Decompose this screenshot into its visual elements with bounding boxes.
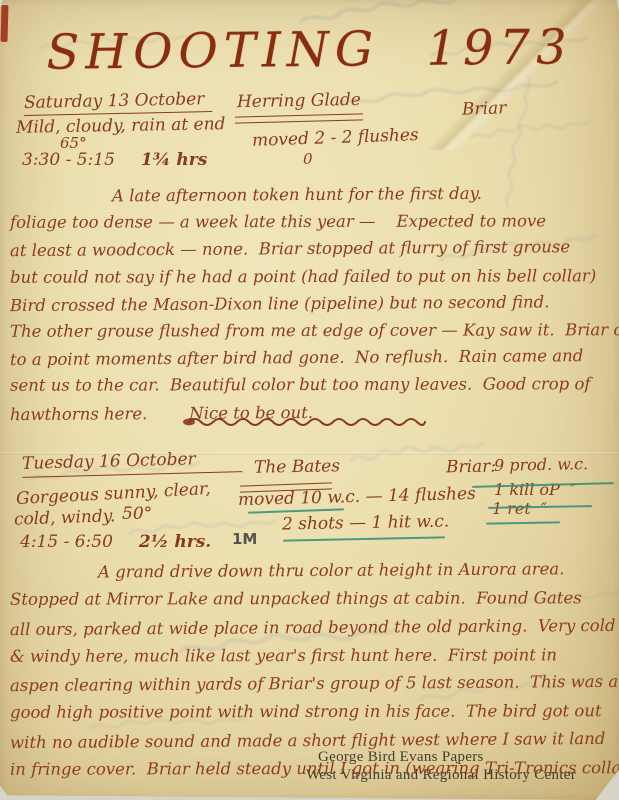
- journal-line: all ours, parked at wide place in road b…: [10, 611, 616, 644]
- journal-line: The other grouse flushed from me at edge…: [10, 316, 614, 345]
- journal-line: in fringe cover. Briar held steady until…: [10, 754, 616, 784]
- entry2-weather-note2: cold, windy.: [14, 507, 116, 529]
- journal-line: hawthorns here. Nice to be out.: [10, 396, 614, 427]
- entry1-location-name: Herring Glade: [237, 91, 361, 112]
- journal-line: & windy here, much like last year's firs…: [10, 641, 616, 671]
- entry2-dog-stat-line: 1 ret ″: [492, 500, 547, 518]
- entry1-times: 3:30 - 5:15: [22, 150, 115, 170]
- journal-line: at least a woodcock — none. Briar stoppe…: [10, 233, 614, 264]
- entry1-weather-note: Mild, cloudy, rain at end: [16, 115, 226, 137]
- entry2-temperature: 50°: [122, 505, 152, 524]
- entry2-dog-stats-label: Briar:: [446, 458, 496, 478]
- journal-line: sent us to the car. Beautiful color but …: [10, 371, 614, 400]
- entry1-time-range: 3:30 - 5:151¾ hrs: [22, 151, 207, 170]
- journal-line: good high positive point with wind stron…: [10, 698, 616, 728]
- entry1-duration: 1¾ hrs: [141, 150, 207, 170]
- journal-line: aspen clearing within yards of Briar's g…: [10, 668, 616, 701]
- entry2-dog-stat-line: 9 prod. w.c.: [494, 455, 588, 474]
- journal-line: to a point moments after bird had gone. …: [10, 342, 614, 373]
- entry2-pencil-mark: 1M: [232, 531, 257, 548]
- journal-line: Bird crossed the Mason-Dixon line (pipel…: [10, 288, 614, 319]
- journal-line: A grand drive down thru color at height …: [10, 555, 616, 588]
- entry1-date: Saturday 13 October: [24, 90, 213, 116]
- entry2-time-range: 4:15 - 6:502½ hrs.: [20, 533, 211, 552]
- entry1-dog-name: Briar: [462, 99, 507, 119]
- page-title: SHOOTING 1973: [0, 19, 619, 81]
- entry2-narrative: A grand drive down thru color at height …: [10, 557, 616, 783]
- entry2-duration: 2½ hrs.: [139, 532, 211, 552]
- journal-line: foliage too dense — a week late this yea…: [10, 207, 614, 236]
- entry1-narrative: A late afternoon token hunt for the firs…: [10, 181, 614, 426]
- entry1-moved-annotation: 0: [303, 151, 313, 168]
- journal-line: but could not say if he had a point (had…: [10, 262, 614, 291]
- journal-line: with no audible sound and made a short f…: [10, 725, 616, 758]
- entry2-times: 4:15 - 6:50: [20, 532, 113, 552]
- entry2-location-name: The Bates: [254, 457, 340, 477]
- journal-line: A late afternoon token hunt for the firs…: [10, 179, 614, 210]
- entry2-shots-note: 2 shots — 1 hit w.c.: [282, 513, 450, 535]
- journal-line: Stopped at Mirror Lake and unpacked thin…: [10, 585, 616, 615]
- journal-page: SHOOTING 1973 Saturday 13 October Mild, …: [0, 0, 619, 800]
